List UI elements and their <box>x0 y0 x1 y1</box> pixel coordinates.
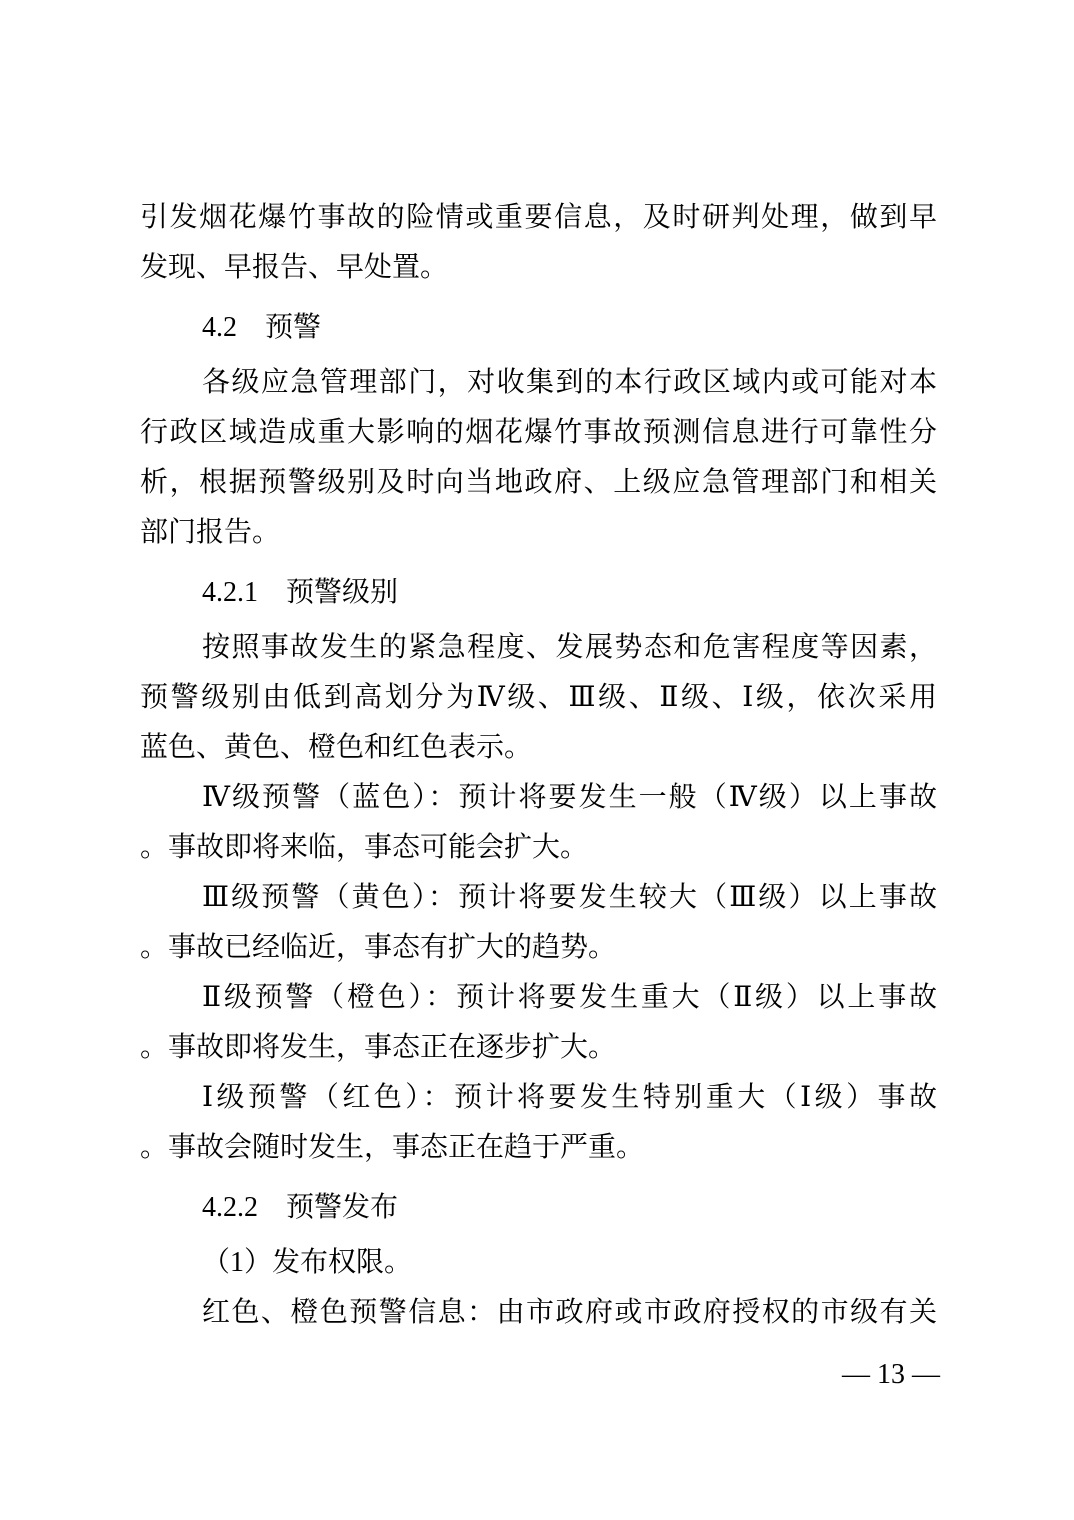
text-line: （1）发布权限。 <box>140 1238 937 1288</box>
text-line: Ⅱ级预警（橙色）：预计将要发生重大（Ⅱ级）以上事故 <box>140 973 937 1023</box>
text-line: 部门报告。 <box>140 508 937 558</box>
text-line: 。事故已经临近，事态有扩大的趋势。 <box>140 923 937 973</box>
text-line: 按照事故发生的紧急程度、发展势态和危害程度等因素， <box>140 623 937 673</box>
text-block: 引发烟花爆竹事故的险情或重要信息，及时研判处理，做到早发现、早报告、早处置。4.… <box>140 193 937 1338</box>
text-line: 发现、早报告、早处置。 <box>140 243 937 293</box>
page-number: — 13 — <box>842 1350 940 1400</box>
section-heading: 4.2.1 预警级别 <box>140 568 937 618</box>
text-line: Ⅳ级预警（蓝色）：预计将要发生一般（Ⅳ级）以上事故 <box>140 773 937 823</box>
text-line: Ⅲ级预警（黄色）：预计将要发生较大（Ⅲ级）以上事故 <box>140 873 937 923</box>
text-line: 蓝色、黄色、橙色和红色表示。 <box>140 723 937 773</box>
text-line: 各级应急管理部门，对收集到的本行政区域内或可能对本 <box>140 358 937 408</box>
section-heading: 4.2 预警 <box>140 303 937 353</box>
text-line: 预警级别由低到高划分为Ⅳ级、Ⅲ级、Ⅱ级、Ⅰ级，依次采用 <box>140 673 937 723</box>
section-heading: 4.2.2 预警发布 <box>140 1183 937 1233</box>
text-line: 。事故会随时发生，事态正在趋于严重。 <box>140 1123 937 1173</box>
text-line: 。事故即将发生，事态正在逐步扩大。 <box>140 1023 937 1073</box>
text-line: 引发烟花爆竹事故的险情或重要信息，及时研判处理，做到早 <box>140 193 937 243</box>
text-line: 行政区域造成重大影响的烟花爆竹事故预测信息进行可靠性分 <box>140 408 937 458</box>
text-line: 析，根据预警级别及时向当地政府、上级应急管理部门和相关 <box>140 458 937 508</box>
text-line: Ⅰ级预警（红色）：预计将要发生特别重大（Ⅰ级）事故 <box>140 1073 937 1123</box>
document-page: 引发烟花爆竹事故的险情或重要信息，及时研判处理，做到早发现、早报告、早处置。4.… <box>0 0 1074 1520</box>
text-line: 红色、橙色预警信息：由市政府或市政府授权的市级有关 <box>140 1288 937 1338</box>
text-line: 。事故即将来临，事态可能会扩大。 <box>140 823 937 873</box>
